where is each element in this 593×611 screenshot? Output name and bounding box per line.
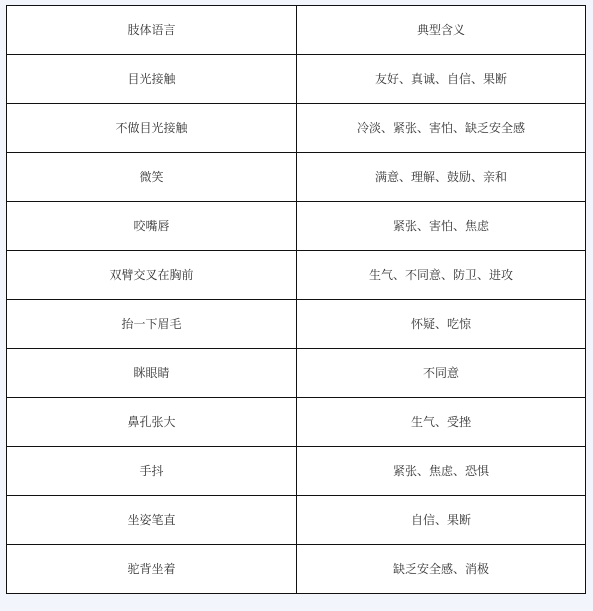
table-row: 眯眼睛 不同意 [7,349,586,398]
gesture-cell: 双臂交叉在胸前 [7,251,297,300]
table-row: 目光接触 友好、真诚、自信、果断 [7,55,586,104]
meaning-cell: 满意、理解、鼓励、亲和 [297,153,586,202]
table-row: 咬嘴唇 紧张、害怕、焦虑 [7,202,586,251]
gesture-cell: 手抖 [7,447,297,496]
gesture-cell: 坐姿笔直 [7,496,297,545]
gesture-cell: 眯眼睛 [7,349,297,398]
meaning-cell: 怀疑、吃惊 [297,300,586,349]
meaning-cell: 不同意 [297,349,586,398]
table-row: 坐姿笔直 自信、果断 [7,496,586,545]
gesture-cell: 不做目光接触 [7,104,297,153]
gesture-cell: 鼻孔张大 [7,398,297,447]
gesture-cell: 微笑 [7,153,297,202]
meaning-cell: 冷淡、紧张、害怕、缺乏安全感 [297,104,586,153]
table-row: 驼背坐着 缺乏安全感、消极 [7,545,586,594]
gesture-cell: 抬一下眉毛 [7,300,297,349]
table-row: 手抖 紧张、焦虑、恐惧 [7,447,586,496]
meaning-cell: 生气、受挫 [297,398,586,447]
table-row: 不做目光接触 冷淡、紧张、害怕、缺乏安全感 [7,104,586,153]
table-row: 鼻孔张大 生气、受挫 [7,398,586,447]
body-language-table: 肢体语言 典型含义 目光接触 友好、真诚、自信、果断 不做目光接触 冷淡、紧张、… [6,5,586,594]
meaning-cell: 缺乏安全感、消极 [297,545,586,594]
gesture-cell: 目光接触 [7,55,297,104]
table-row: 双臂交叉在胸前 生气、不同意、防卫、进攻 [7,251,586,300]
meaning-cell: 紧张、害怕、焦虑 [297,202,586,251]
meaning-cell: 自信、果断 [297,496,586,545]
header-gesture-cell: 肢体语言 [7,6,297,55]
table-row: 抬一下眉毛 怀疑、吃惊 [7,300,586,349]
meaning-cell: 生气、不同意、防卫、进攻 [297,251,586,300]
gesture-cell: 咬嘴唇 [7,202,297,251]
table-row: 微笑 满意、理解、鼓励、亲和 [7,153,586,202]
meaning-cell: 友好、真诚、自信、果断 [297,55,586,104]
meaning-cell: 紧张、焦虑、恐惧 [297,447,586,496]
header-meaning-cell: 典型含义 [297,6,586,55]
body-language-table-container: 肢体语言 典型含义 目光接触 友好、真诚、自信、果断 不做目光接触 冷淡、紧张、… [6,5,586,594]
table-header-row: 肢体语言 典型含义 [7,6,586,55]
gesture-cell: 驼背坐着 [7,545,297,594]
